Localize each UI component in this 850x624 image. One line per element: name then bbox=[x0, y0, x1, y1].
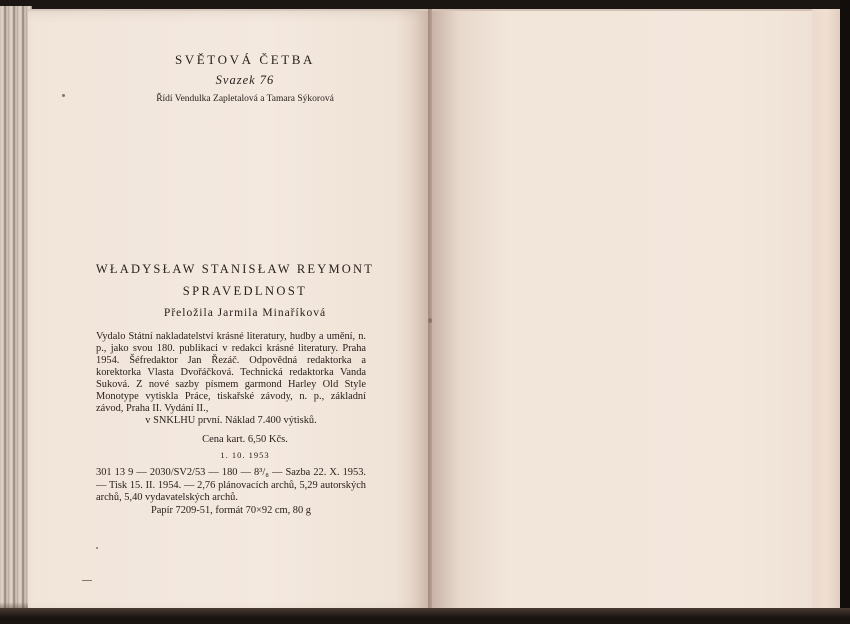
bottom-shadow bbox=[0, 608, 850, 624]
paper-speck bbox=[428, 318, 432, 323]
print-date: 1. 10. 1953 bbox=[130, 450, 360, 460]
page-edges-right bbox=[812, 9, 841, 616]
series-title: SVĚTOVÁ ČETBA bbox=[130, 52, 360, 68]
top-shadow bbox=[0, 0, 850, 9]
technical-last-line: Papír 7209-51, formát 70×92 cm, 80 g bbox=[96, 505, 366, 518]
translator-credit: Přeložila Jarmila Minaříková bbox=[130, 307, 360, 319]
paper-speck bbox=[96, 547, 98, 549]
open-book-photo: SVĚTOVÁ ČETBA Svazek 76 Řídí Vendulka Za… bbox=[0, 0, 850, 624]
series-editors: Řídí Vendulka Zapletalová a Tamara Sýkor… bbox=[110, 94, 380, 104]
imprint-paragraph: Vydalo Státní nakladatelství krásné lite… bbox=[96, 331, 366, 427]
imprint-body: Vydalo Státní nakladatelství krásné lite… bbox=[96, 331, 366, 414]
paper-speck bbox=[62, 94, 65, 97]
right-page bbox=[432, 9, 812, 614]
technical-body: 301 13 9 — 2030/SV2/53 — 180 — 8³/₈ — Sa… bbox=[96, 467, 366, 503]
author-name: WŁADYSŁAW STANISŁAW REYMONT bbox=[80, 262, 390, 277]
paper-speck bbox=[82, 580, 92, 581]
imprint-last-line: v SNKLHU první. Náklad 7.400 výtisků. bbox=[96, 415, 366, 427]
right-shadow bbox=[840, 0, 850, 624]
series-volume: Svazek 76 bbox=[130, 73, 360, 88]
technical-details: 301 13 9 — 2030/SV2/53 — 180 — 8³/₈ — Sa… bbox=[96, 467, 366, 517]
book-title: SPRAVEDLNOST bbox=[130, 284, 360, 299]
price: Cena kart. 6,50 Kčs. bbox=[130, 434, 360, 445]
